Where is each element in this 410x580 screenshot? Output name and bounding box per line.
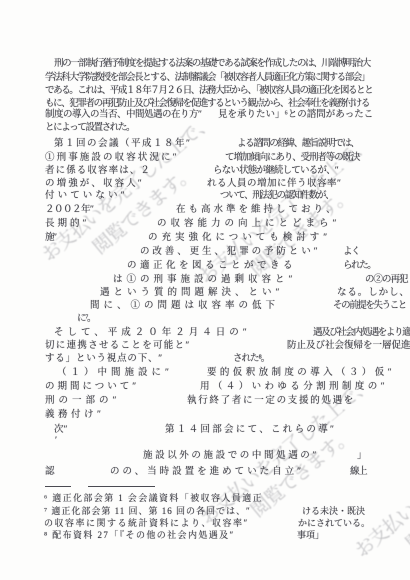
text-segment: よる諮問の経緯、趣旨説明では、 xyxy=(237,135,359,149)
text-segment: の充実強化についても検討す″ xyxy=(148,229,331,243)
text-segment: の適正化を図ることができる xyxy=(127,257,296,271)
footnote-divider xyxy=(45,486,71,487)
text-segment: 者に係る収容率は、２ xyxy=(45,162,151,176)
text-segment: 刑の一部執行猶予制度を提起する法案の基礎である試案を作成したのは、川端博明治大 xyxy=(54,55,370,69)
footnote-text-segment: ⁸ 配布資料 27「『その他の社会内処遇及″ xyxy=(44,528,235,541)
text-segment: なる。しかし、 xyxy=(337,284,410,298)
footnote-text-segment: ⁶ 適正化部会第 1 会会議資料「被収容人員適正 xyxy=(44,491,263,504)
text-segment: ついて、刑法犯の認知件数が、 xyxy=(220,187,333,201)
text-segment: 」 xyxy=(357,447,365,461)
text-segment: 付いていない″ xyxy=(45,187,128,201)
text-segment: である。これは、平成１８年７月２６日、法務大臣から、「被収容人員の適正化を図ると… xyxy=(45,82,372,96)
text-segment: 施設以外の施設での中間処遇の″ xyxy=(143,447,319,461)
text-segment: の収容能力の向上にとどまら″ xyxy=(157,215,340,229)
footnote-divider xyxy=(88,486,155,487)
text-segment: そして、平成２０年２月４日の″ xyxy=(54,324,251,338)
text-segment: 遇及び社会内処遇をより適 xyxy=(313,324,410,338)
text-segment: 施″ xyxy=(45,229,56,243)
text-segment: 間に、①の問題は収容率の低下 xyxy=(90,297,279,311)
text-segment: て増加傾向にあり、受刑者等の既決 xyxy=(225,149,359,163)
text-segment: 遇という質的問題解決、とい″ xyxy=(100,284,283,298)
text-segment: （１）中間施設に″ xyxy=(57,364,173,378)
text-segment: とによって設置された。 xyxy=(45,119,134,133)
text-segment: に⁷。 xyxy=(77,310,95,324)
text-segment: 認 xyxy=(45,463,53,477)
text-segment: 線上 xyxy=(350,463,366,477)
text-segment: よく xyxy=(343,243,359,257)
text-segment: 長期的″ xyxy=(45,215,89,229)
text-segment: は①の刑事施設の過剰収容と″ xyxy=(113,271,296,285)
text-segment: 制度の導入の当否、中間処遇の在り方″ xyxy=(45,106,201,120)
text-segment: 義務付け″ xyxy=(45,406,104,420)
text-segment: ①刑事施設の収容状況に″ xyxy=(45,149,179,163)
text-segment: された⁸。 xyxy=(233,350,269,364)
text-segment: 在も高水準を維持しており、 xyxy=(176,201,339,215)
text-segment: の②の再犯 xyxy=(365,271,408,285)
text-segment: 防止及び社会復帰を一層促進 xyxy=(287,337,410,351)
text-segment: らない状態が継続しているが、″ xyxy=(213,162,338,176)
text-segment: ２００２年″ xyxy=(45,201,93,215)
text-segment: の改善、更生、犯罪の予防とい″ xyxy=(140,243,320,257)
text-segment: その前提を失うこと xyxy=(333,297,406,311)
text-segment: の期間について″ xyxy=(45,378,139,392)
text-segment: 用（４）いわゆる分割刑制度の″ xyxy=(200,378,388,392)
text-segment: する」という視点の下、″ xyxy=(45,350,163,364)
text-segment: 執行終了者に一定の支援的処遇を xyxy=(187,392,355,406)
text-segment: 切に連携させることを可能と″ xyxy=(45,337,191,351)
text-segment: 刑の一部の″ xyxy=(45,392,120,406)
text-segment: 次″ xyxy=(54,421,67,435)
text-segment: 第１４回部会にて、これらの導″ xyxy=(165,421,336,435)
text-segment: 見を承りたい」⁶との諮問があったこ xyxy=(218,106,373,120)
text-segment: 第１回の会議（平成１８年″ xyxy=(54,135,191,149)
document-text-layer: 刑の一部執行猶予制度を提起する法案の基礎である試案を作成したのは、川端博明治大学… xyxy=(0,0,410,580)
text-segment: のの、当時設置を進めていた自立″ xyxy=(110,463,304,477)
scanned-page: お支払いを完了した上で、閲覧できます。お支払いを完了した上で、閲覧できます。お支… xyxy=(0,0,410,580)
text-segment: 学法科大学院教授を部会長とする、法制審議会「被収容者人員適正化方策に関する部会」 xyxy=(45,69,369,83)
text-segment: ′ xyxy=(55,436,56,446)
text-segment: 要的仮釈放制度の導入（３）仮″ xyxy=(207,364,395,378)
text-segment: られた。 xyxy=(343,257,375,271)
footnote-text-segment: 事項」 xyxy=(297,528,324,541)
